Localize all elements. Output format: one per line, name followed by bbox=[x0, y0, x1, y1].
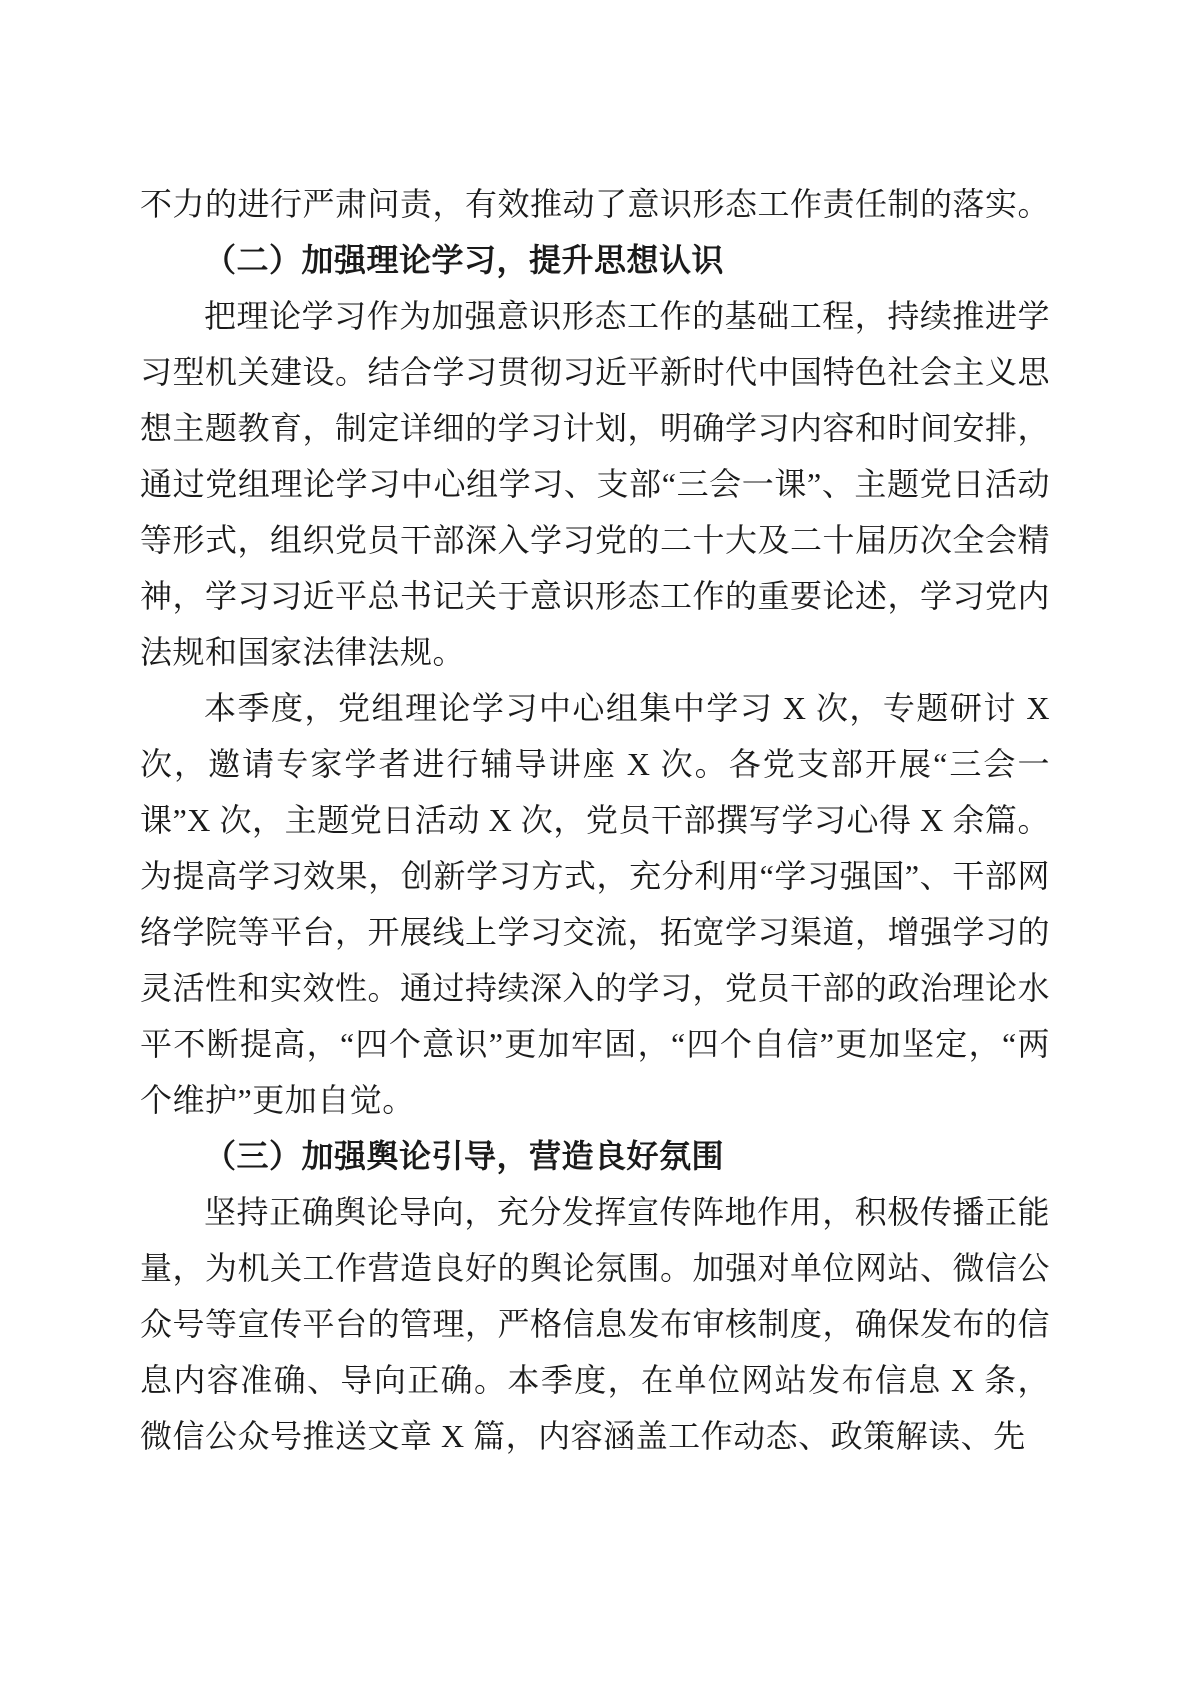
section-heading-3: （三）加强舆论引导，营造良好氛围 bbox=[140, 1128, 1050, 1184]
section-heading-2: （二）加强理论学习，提升思想认识 bbox=[140, 232, 1050, 288]
paragraph-theory-study-overview: 把理论学习作为加强意识形态工作的基础工程，持续推进学习型机关建设。结合学习贯彻习… bbox=[140, 288, 1050, 680]
paragraph-public-opinion-guidance: 坚持正确舆论导向，充分发挥宣传阵地作用，积极传播正能量，为机关工作营造良好的舆论… bbox=[140, 1184, 1050, 1464]
paragraph-theory-study-statistics: 本季度，党组理论学习中心组集中学习 X 次，专题研讨 X 次，邀请专家学者进行辅… bbox=[140, 680, 1050, 1128]
document-page: 不力的进行严肃问责，有效推动了意识形态工作责任制的落实。 （二）加强理论学习，提… bbox=[0, 0, 1190, 1683]
paragraph-continuation: 不力的进行严肃问责，有效推动了意识形态工作责任制的落实。 bbox=[140, 176, 1050, 232]
